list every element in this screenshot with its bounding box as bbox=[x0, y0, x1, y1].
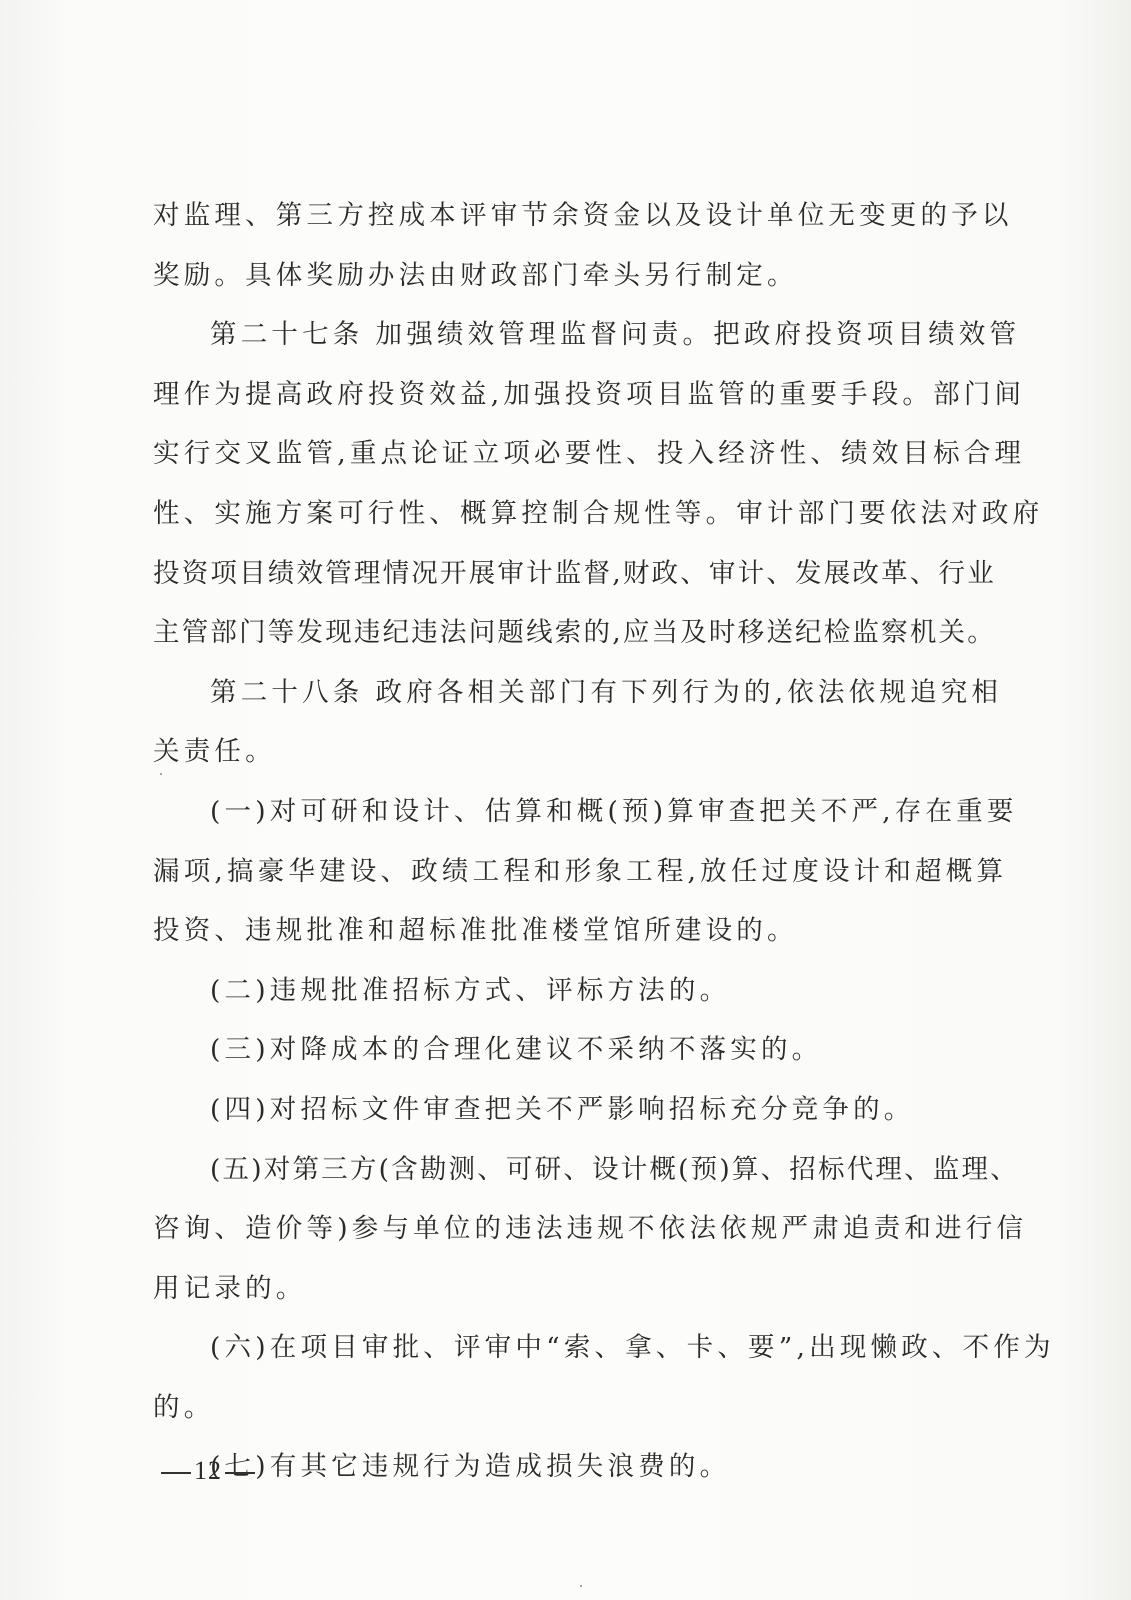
article-heading: 第二十八条 bbox=[210, 677, 364, 708]
list-item-2: (二)违规批准招标方式、评标方法的。 bbox=[153, 961, 961, 1021]
page-number: 12 bbox=[158, 1456, 258, 1486]
text-line: 主管部门等发现违纪违法问题线索的,应当及时移送纪检监察机关。 bbox=[153, 603, 961, 663]
article-text: 政府各相关部门有下列行为的,依法依规追究相 bbox=[376, 677, 1003, 708]
document-body: 对监理、第三方控成本评审节余资金以及设计单位无变更的予以 奖励。具体奖励办法由财… bbox=[153, 186, 961, 1497]
list-item-4: (四)对招标文件审查把关不严影响招标充分竞争的。 bbox=[153, 1080, 961, 1140]
article-27-line: 第二十七条加强绩效管理监督问责。把政府投资项目绩效管 bbox=[153, 305, 961, 365]
list-item-7: (七)有其它违规行为造成损失浪费的。 bbox=[153, 1437, 961, 1497]
text-line: 用记录的。 bbox=[153, 1259, 961, 1319]
page-number-value: 12 bbox=[194, 1456, 222, 1485]
scan-speck bbox=[410, 344, 412, 346]
dash-right bbox=[225, 1472, 255, 1474]
scan-speck bbox=[580, 1585, 582, 1587]
scan-speck bbox=[160, 773, 162, 775]
list-item-6: (六)在项目审批、评审中“索、拿、卡、要”,出现懒政、不作为 bbox=[153, 1318, 961, 1378]
scan-speck bbox=[404, 1350, 406, 1352]
text-line: 实行交叉监管,重点论证立项必要性、投入经济性、绩效目标合理 bbox=[153, 424, 961, 484]
list-item-3: (三)对降成本的合理化建议不采纳不落实的。 bbox=[153, 1020, 961, 1080]
list-item-1: (一)对可研和设计、估算和概(预)算审查把关不严,存在重要 bbox=[153, 782, 961, 842]
article-text: 加强绩效管理监督问责。把政府投资项目绩效管 bbox=[376, 319, 1021, 350]
text-line: 咨询、造价等)参与单位的违法违规不依法依规严肃追责和进行信 bbox=[153, 1199, 961, 1259]
text-line: 对监理、第三方控成本评审节余资金以及设计单位无变更的予以 bbox=[153, 186, 961, 246]
text-line: 的。 bbox=[153, 1378, 961, 1438]
dash-left bbox=[161, 1472, 191, 1474]
text-line: 漏项,搞豪华建设、政绩工程和形象工程,放任过度设计和超概算 bbox=[153, 842, 961, 902]
list-item-5: (五)对第三方(含勘测、可研、设计概(预)算、招标代理、监理、 bbox=[153, 1140, 961, 1200]
text-line: 理作为提高政府投资效益,加强投资项目监管的重要手段。部门间 bbox=[153, 365, 961, 425]
text-line: 投资项目绩效管理情况开展审计监督,财政、审计、发展改革、行业 bbox=[153, 544, 961, 604]
text-line: 投资、违规批准和超标准批准楼堂馆所建设的。 bbox=[153, 901, 961, 961]
document-page: 对监理、第三方控成本评审节余资金以及设计单位无变更的予以 奖励。具体奖励办法由财… bbox=[0, 0, 1131, 1600]
text-line: 性、实施方案可行性、概算控制合规性等。审计部门要依法对政府 bbox=[153, 484, 961, 544]
text-line: 关责任。 bbox=[153, 722, 961, 782]
text-line: 奖励。具体奖励办法由财政部门牵头另行制定。 bbox=[153, 246, 961, 306]
article-28-line: 第二十八条政府各相关部门有下列行为的,依法依规追究相 bbox=[153, 663, 961, 723]
article-heading: 第二十七条 bbox=[210, 319, 364, 350]
